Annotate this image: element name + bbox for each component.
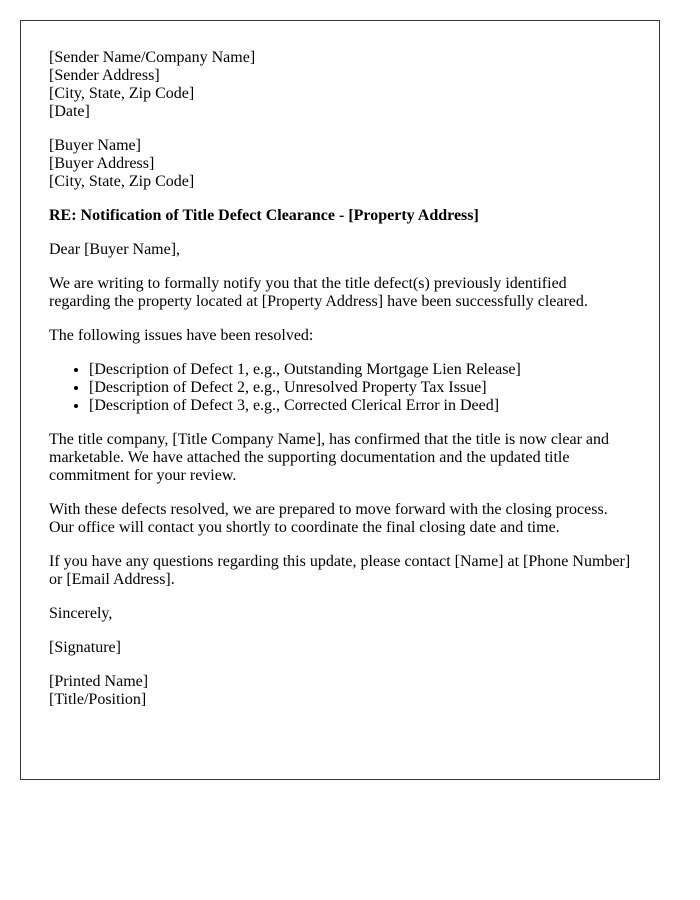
letter-page: [Sender Name/Company Name] [Sender Addre… — [20, 20, 660, 780]
salutation: Dear [Buyer Name], — [49, 241, 631, 259]
recipient-address: [Buyer Address] — [49, 155, 631, 173]
intro-paragraph: We are writing to formally notify you th… — [49, 275, 631, 311]
defect-list-item: [Description of Defect 3, e.g., Correcte… — [89, 397, 631, 415]
signer-block: [Printed Name] [Title/Position] — [49, 673, 631, 709]
contact-paragraph: If you have any questions regarding this… — [49, 553, 631, 589]
recipient-city-state-zip: [City, State, Zip Code] — [49, 173, 631, 191]
sender-address: [Sender Address] — [49, 67, 631, 85]
next-steps-paragraph: With these defects resolved, we are prep… — [49, 501, 631, 537]
letter-date: [Date] — [49, 103, 631, 121]
valediction: Sincerely, — [49, 605, 631, 623]
subject-line: RE: Notification of Title Defect Clearan… — [49, 207, 631, 225]
printed-name: [Printed Name] — [49, 673, 631, 691]
defect-list-item: [Description of Defect 2, e.g., Unresolv… — [89, 379, 631, 397]
sender-city-state-zip: [City, State, Zip Code] — [49, 85, 631, 103]
recipient-block: [Buyer Name] [Buyer Address] [City, Stat… — [49, 137, 631, 191]
confirmation-paragraph: The title company, [Title Company Name],… — [49, 431, 631, 485]
sender-block: [Sender Name/Company Name] [Sender Addre… — [49, 49, 631, 121]
title-position: [Title/Position] — [49, 691, 631, 709]
recipient-name: [Buyer Name] — [49, 137, 631, 155]
signature-placeholder: [Signature] — [49, 639, 631, 657]
sender-name: [Sender Name/Company Name] — [49, 49, 631, 67]
defect-list-item: [Description of Defect 1, e.g., Outstand… — [89, 361, 631, 379]
defect-list: [Description of Defect 1, e.g., Outstand… — [49, 361, 631, 415]
list-intro-paragraph: The following issues have been resolved: — [49, 327, 631, 345]
